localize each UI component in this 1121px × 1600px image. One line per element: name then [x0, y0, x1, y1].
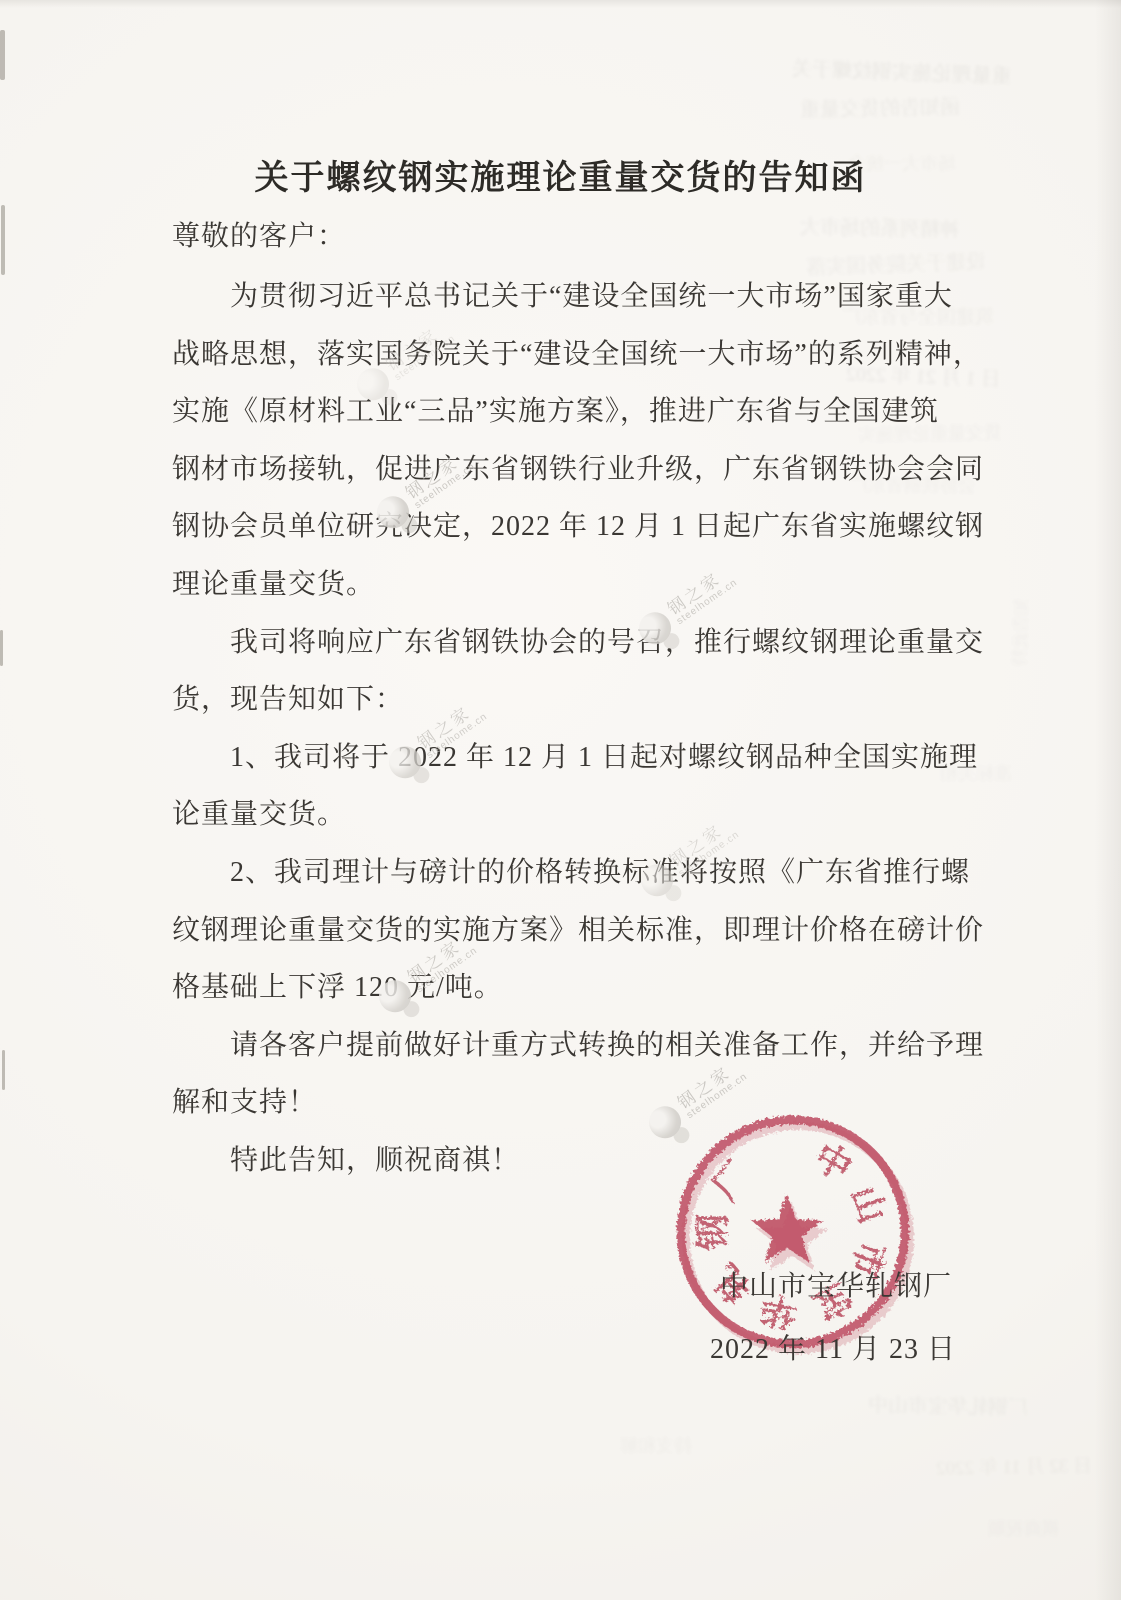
body-line: 战略思想，落实国务院关于“建设全国统一大市场”的系列精神，: [172, 326, 952, 384]
body-line: 格基础上下浮 120 元/吨。: [172, 959, 952, 1017]
bleedthrough-text: 神精列系的场市大: [800, 211, 960, 243]
body-line: 1、我司将于 2022 年 12 月 1 日起对螺纹钢品种全国实施理: [172, 729, 952, 787]
scan-edge-mark: [0, 630, 3, 666]
letter-body: 为贯彻习近平总书记关于“建设全国统一大市场”国家重大战略思想，落实国务院关于“建…: [172, 268, 952, 1190]
signature-date: 2022 年 11 月 23 日: [710, 1327, 956, 1367]
body-line: 为贯彻习近平总书记关于“建设全国统一大市场”国家重大: [172, 268, 952, 326]
body-line: 钢协会员单位研究决定，2022 年 12 月 1 日起广东省实施螺纹钢: [172, 498, 952, 556]
body-line: 实施《原材料工业“三品”实施方案》，推进广东省与全国建筑: [172, 383, 952, 441]
bleedthrough-text: 祺商祝顺: [988, 1515, 1060, 1541]
body-line: 请各客户提前做好计重方式转换的相关准备工作，并给予理: [172, 1017, 952, 1075]
seal-star-icon: [751, 1194, 823, 1263]
seal-star-ghost: [756, 1202, 828, 1271]
bleedthrough-text: 函知告的货交量重: [800, 91, 960, 123]
body-line: 理论重量交货。: [172, 556, 952, 614]
body-line: 我司将响应广东省钢铁协会的号召，推行螺纹钢理论重量交: [172, 614, 952, 672]
scan-edge-mark: [1, 205, 5, 275]
body-line: 纹钢理论重量交货的实施方案》相关标准，即理计价格在磅计价: [172, 902, 952, 960]
bleedthrough-text: 持支和解: [620, 1432, 692, 1458]
scanned-letter-page: 关于螺纹钢实施理论重量交货的告知函 尊敬的客户： 为贯彻习近平总书记关于“建设全…: [0, 0, 1121, 1600]
letter-salutation: 尊敬的客户：: [172, 214, 346, 254]
scan-edge-shadow-top: [0, 0, 1121, 8]
body-line: 论重量交货。: [172, 786, 952, 844]
body-line: 2、我司理计与磅计的价格转换标准将按照《广东省推行螺: [172, 844, 952, 902]
bleedthrough-text: 重量理论施实钢纹螺于关: [792, 52, 1013, 89]
letter-title: 关于螺纹钢实施理论重量交货的告知函: [0, 150, 1121, 199]
scan-edge-shadow-right: [1095, 0, 1121, 1600]
bleedthrough-text: 知告此特: [1005, 598, 1032, 667]
body-line: 货，现告知如下：: [172, 671, 952, 729]
body-line: 特此告知，顺祝商祺！: [172, 1132, 952, 1190]
signature-company: 中山市宝华轧钢厂: [720, 1264, 952, 1304]
scan-edge-mark: [2, 1050, 5, 1090]
seal-ring-char: 钢: [693, 1214, 733, 1250]
bleedthrough-text: 厂钢轧华宝市山中: [868, 1389, 1028, 1421]
bleedthrough-text: 日 32 月 11 年 2202: [936, 1451, 1092, 1481]
body-line: 解和支持！: [172, 1074, 952, 1132]
body-line: 钢材市场接轨，促进广东省钢铁行业升级，广东省钢铁协会会同: [172, 441, 952, 499]
scan-edge-mark: [0, 30, 5, 80]
